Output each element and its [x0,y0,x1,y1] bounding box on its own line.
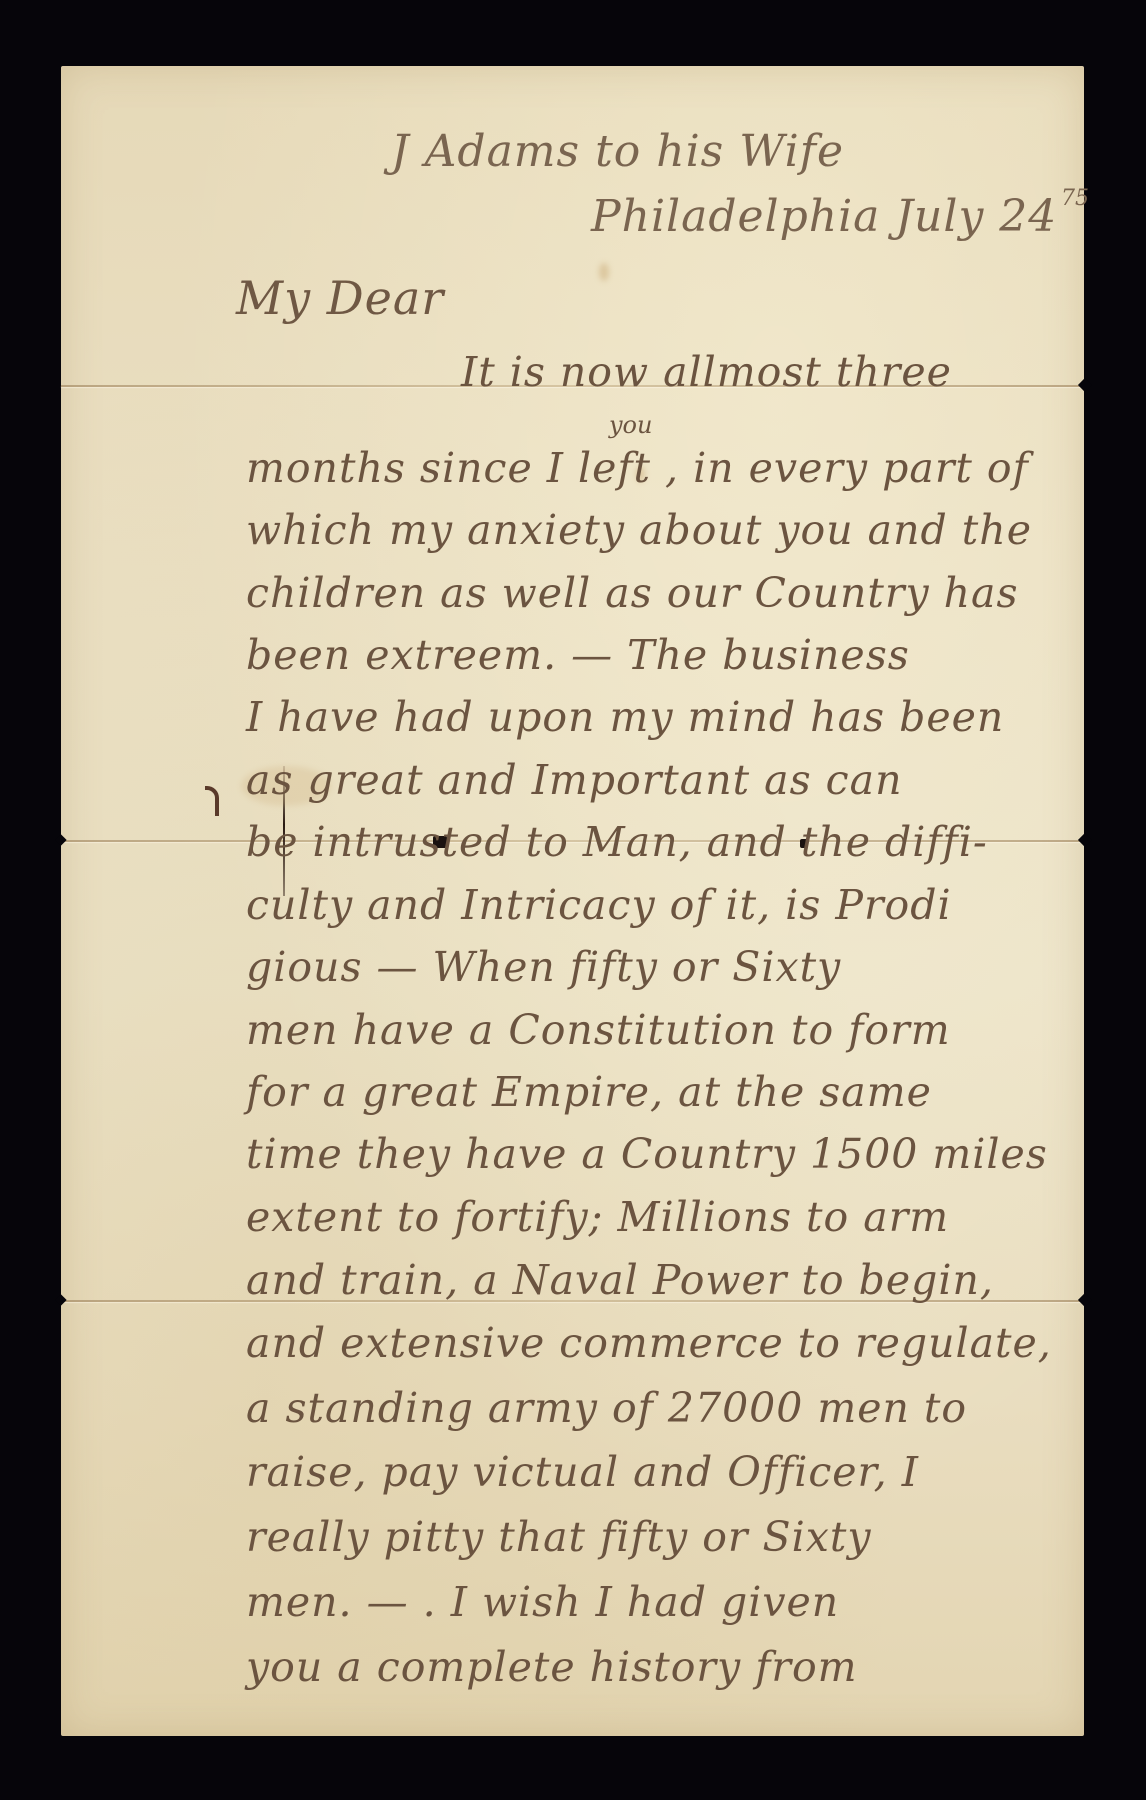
letter-page: J Adams to his Wife Philadelphia July 24… [61,66,1084,1736]
letter-line-6: I have had upon my mind has been [246,693,1004,741]
letter-line-12: for a great Empire, at the same [246,1068,932,1116]
letter-line-18: raise, pay victual and Officer, I [246,1448,919,1496]
salutation: My Dear [236,271,444,325]
fold-notch-3-right [1078,1293,1092,1307]
letter-line-19: really pitty that fifty or Sixty [246,1513,871,1561]
letter-line-16: and extensive commerce to regulate, [246,1319,1052,1367]
letter-line-1: It is now allmost three [461,348,952,396]
letter-line-2: months since I left , in every part of [246,444,1029,492]
letter-line-5: been extreem. — The business [246,631,910,679]
year-superscript: 75 [1061,186,1089,211]
interlinear-insert: you [609,411,652,439]
letter-line-10: gious — When fifty or Sixty [246,943,841,991]
letter-line-17: a standing army of 27000 men to [246,1384,967,1432]
fold-notch-3-left [55,1294,66,1305]
place-date-text: Philadelphia July 24 [591,191,1057,242]
letter-line-13: time they have a Country 1500 miles [246,1130,1048,1178]
ink-blot [205,786,219,816]
fold-notch-2-right [1078,833,1092,847]
letter-line-15: and train, a Naval Power to begin, [246,1256,994,1304]
salutation-text: My Dear [236,271,444,325]
letter-line-11: men have a Constitution to form [246,1006,951,1054]
letter-line-7: as great and Important as can [246,756,902,804]
docket-text: J Adams to his Wife [391,126,844,177]
fold-notch-1 [1078,378,1092,392]
letter-line-9: culty and Intricacy of it, is Prodi [246,881,952,929]
foxing-stain [599,263,609,281]
fold-notch-2-left [55,834,66,845]
docket-line: J Adams to his Wife [391,126,844,177]
letter-line-4: children as well as our Country has [246,569,1019,617]
letter-line-8: be intrusted to Man, and the diffi- [246,818,988,866]
letter-line-21: you a complete history from [246,1643,858,1691]
letter-line-3: which my anxiety about you and the [246,506,1032,554]
place-date-line: Philadelphia July 24 [591,191,1057,242]
letter-line-14: extent to fortify; Millions to arm [246,1193,949,1241]
letter-line-20: men. — . I wish I had given [246,1578,839,1626]
